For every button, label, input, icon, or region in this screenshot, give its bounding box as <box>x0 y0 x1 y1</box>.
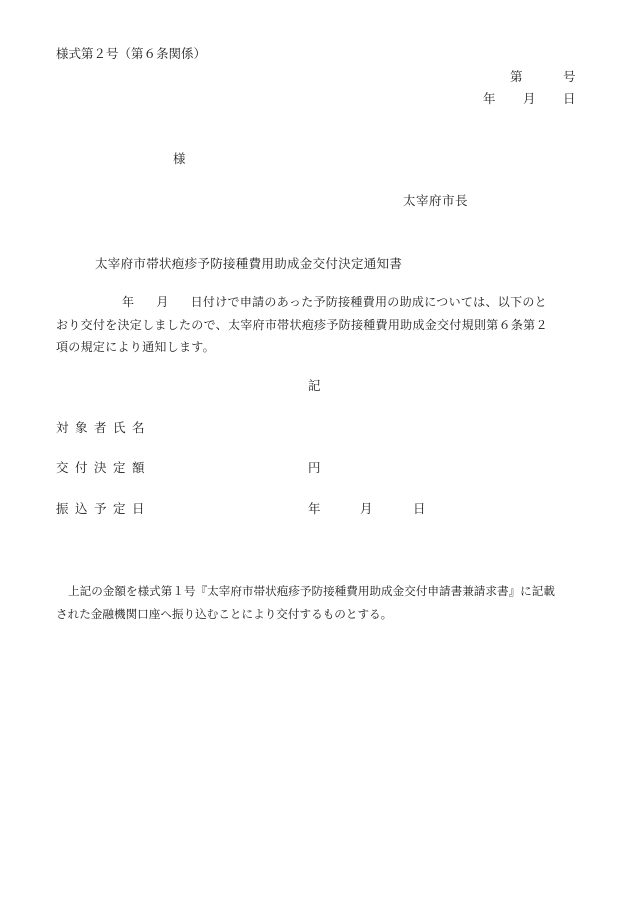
transfer-date-day: 日 <box>413 503 426 516</box>
ref-number-prefix: 第 <box>510 71 523 84</box>
issuer-name: 太宰府市長 <box>403 195 468 208</box>
item-label-transfer-date: 振込予定日 <box>56 503 151 516</box>
item-label-grant-amount: 交付決定額 <box>56 462 151 475</box>
form-number: 様式第２号（第６条関係） <box>56 48 206 61</box>
note-paragraph: 上記の金額を様式第１号『太宰府市帯状疱疹予防接種費用助成金交付申請書兼請求書』に… <box>56 580 586 625</box>
ref-number-suffix: 号 <box>563 71 576 84</box>
transfer-date-month: 月 <box>360 503 373 516</box>
item-label-recipient-name: 対象者氏名 <box>56 422 151 435</box>
body-year: 年 <box>122 295 134 309</box>
body-line-3: 項の規定により通知します。 <box>56 336 576 359</box>
issue-date-year: 年 <box>483 93 496 106</box>
transfer-date-year: 年 <box>308 503 321 516</box>
body-line-1-text: 日付けで申請のあった予防接種費用の助成については、以下のと <box>191 295 547 309</box>
body-line-1: 年月日付けで申請のあった予防接種費用の助成については、以下のと <box>56 291 576 314</box>
issue-date-day: 日 <box>563 93 576 106</box>
note-line-1: 上記の金額を様式第１号『太宰府市帯状疱疹予防接種費用助成金交付申請書兼請求書』に… <box>56 580 586 603</box>
note-line-2: された金融機関口座へ振り込むことにより交付するものとする。 <box>56 603 586 626</box>
body-paragraph: 年月日付けで申請のあった予防接種費用の助成については、以下のと おり交付を決定し… <box>56 291 576 359</box>
body-line-2: おり交付を決定しましたので、太宰府市帯状疱疹予防接種費用助成金交付規則第６条第２ <box>56 314 576 337</box>
addressee-suffix: 様 <box>173 153 186 166</box>
issue-date-month: 月 <box>523 93 536 106</box>
document-title: 太宰府市帯状疱疹予防接種費用助成金交付決定通知書 <box>95 258 402 271</box>
grant-amount-unit: 円 <box>308 462 321 475</box>
ki-heading: 記 <box>308 380 321 393</box>
body-month: 月 <box>156 295 168 309</box>
note-line-1-text: 上記の金額を様式第１号『太宰府市帯状疱疹予防接種費用助成金交付申請書兼請求書』に… <box>68 584 555 598</box>
